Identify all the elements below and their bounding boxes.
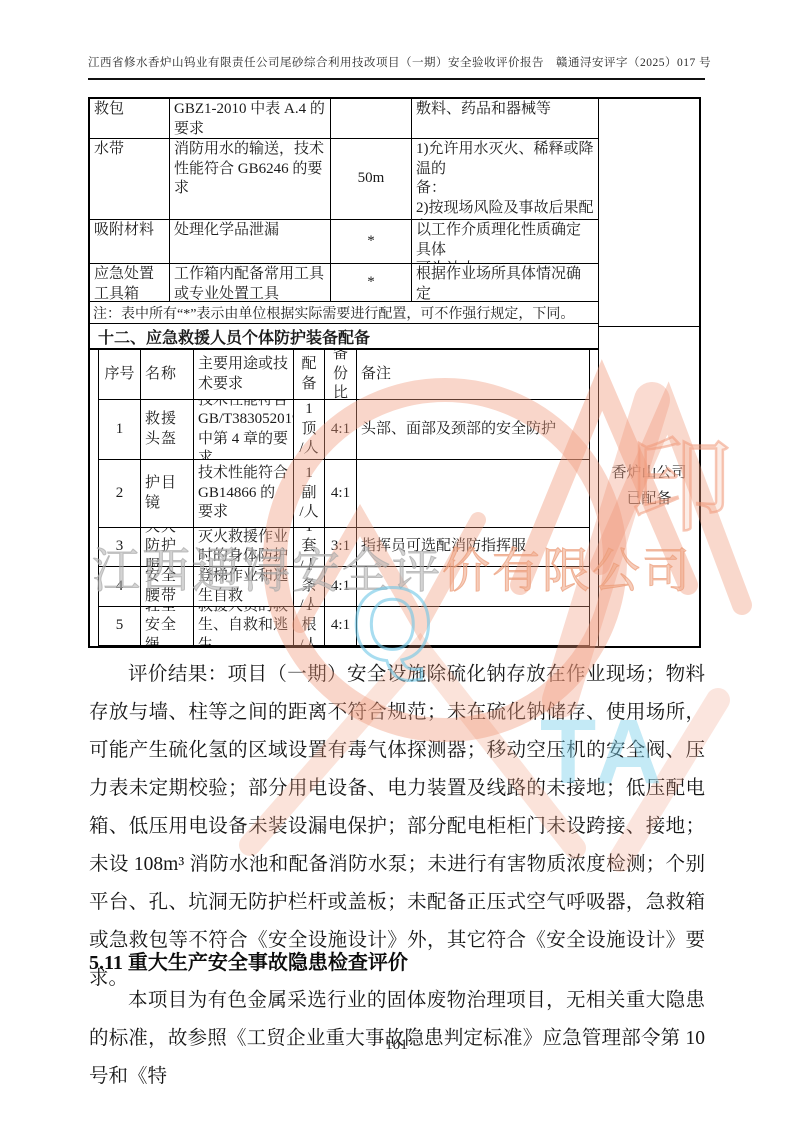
table-left-part: 救包GBZ1-2010 中表 A.4 的要求敷料、药品和器械等水带消防用水的输送… xyxy=(90,99,598,646)
ppe-table-cell: 1条 /人 xyxy=(294,567,325,607)
right-column-empty-cell xyxy=(599,99,699,327)
ppe-table-cell: 护目镜 xyxy=(141,460,194,528)
equipment-table-cell: 水带 xyxy=(90,139,170,220)
table-note: 注：表中所有“*”表示由单位根据实际需要进行配置，可不作强行规定，下同。 xyxy=(90,302,598,324)
header-divider xyxy=(88,78,705,80)
ppe-table-cell: 1副 /人 xyxy=(294,460,325,528)
ppe-table-cell xyxy=(357,607,589,646)
equipment-table-cell: 救包 xyxy=(90,99,170,139)
ppe-table-cell: 3 xyxy=(99,528,141,567)
equipment-table-cell: 消防用水的输送，技术性能符合 GB6246 的要求 xyxy=(170,139,331,220)
equipment-table-cell: GBZ1-2010 中表 A.4 的要求 xyxy=(170,99,331,139)
ppe-table-cell: 5 xyxy=(99,607,141,646)
equipment-tables: 救包GBZ1-2010 中表 A.4 的要求敷料、药品和器械等水带消防用水的输送… xyxy=(88,97,701,648)
ppe-table-cell: 4:1 xyxy=(325,460,357,528)
ppe-table-cell: 4:1 xyxy=(325,607,357,646)
ppe-table-cell: 灭火救援作业时的身体防护 xyxy=(194,528,294,567)
ppe-table-cell: 4:1 xyxy=(325,400,357,460)
equipment-table-cell: 应急处置工具箱 xyxy=(90,264,170,302)
ppe-table-cell: 救援人员的救生、自救和逃生 xyxy=(194,607,294,646)
ppe-table-cell: 轻型安全绳 xyxy=(141,607,194,646)
ppe-table-cell: 1根 /人 xyxy=(294,607,325,646)
equipment-table-cell: 以工作介质理化性质确定具体 可为沙土 xyxy=(412,220,598,264)
ppe-table-header-cell: 备注 xyxy=(357,350,589,400)
ppe-table-header-cell: 配备 xyxy=(294,350,325,400)
ppe-table-cell: 4 xyxy=(99,567,141,607)
ppe-table-cell: 安全腰带 xyxy=(141,567,194,607)
ppe-table-cell xyxy=(357,460,589,528)
ppe-table-cell: 2 xyxy=(99,460,141,528)
section-5-11-heading: 5.11 重大生产安全事故隐患检查评价 xyxy=(89,946,705,975)
equipment-table: 救包GBZ1-2010 中表 A.4 的要求敷料、药品和器械等水带消防用水的输送… xyxy=(90,99,598,302)
equipment-table-cell: 吸附材料 xyxy=(90,220,170,264)
ppe-table-cell xyxy=(357,567,589,607)
ppe-table-cell: 3:1 xyxy=(325,528,357,567)
ppe-table-cell: 救援头盔 xyxy=(141,400,194,460)
ppe-table-cell: 指挥员可选配消防指挥服 xyxy=(357,528,589,567)
section12-title: 十二、应急救援人员个体防护装备配备 xyxy=(90,324,598,350)
ppe-table-header-cell: 序号 xyxy=(99,350,141,400)
equipment-table-cell: * xyxy=(331,264,412,302)
equipment-table-cell: 1)允许用水灭火、稀释或降温的 备： 2)按现场风险及事故后果配备 50 m xyxy=(412,139,598,220)
equipment-table-cell: 处理化学品泄漏 xyxy=(170,220,331,264)
ppe-table: 序号名称主要用途或技术要求配备备份比备注1救援头盔技术性能符合 GB/T3830… xyxy=(98,350,590,646)
equipment-table-cell: * xyxy=(331,220,412,264)
ppe-table-cell: 登梯作业和逃生自救 xyxy=(194,567,294,607)
document-header: 江西省修水香炉山钨业有限责任公司尾砂综合利用技改项目（一期）安全验收评价报告 赣… xyxy=(88,54,705,70)
equipment-table-cell xyxy=(331,99,412,139)
ppe-table-header-cell: 主要用途或技术要求 xyxy=(194,350,294,400)
equipment-table-cell: 工作箱内配备常用工具或专业处置工具 xyxy=(170,264,331,302)
ppe-table-cell: 技术性能符合 GB14866 的要求 xyxy=(194,460,294,528)
ppe-table-cell: 1 xyxy=(99,400,141,460)
equipment-table-cell: 根据作业场所具体情况确定 xyxy=(412,264,598,302)
equipment-table-cell: 敷料、药品和器械等 xyxy=(412,99,598,139)
ppe-table-cell: 头部、面部及颈部的安全防护 xyxy=(357,400,589,460)
ppe-table-cell: 4:1 xyxy=(325,567,357,607)
right-column-note: 香炉山公司已配备 xyxy=(599,327,699,646)
ppe-table-header-cell: 名称 xyxy=(141,350,194,400)
ppe-table-header-cell: 备份比 xyxy=(325,350,357,400)
ppe-table-wrap: 序号名称主要用途或技术要求配备备份比备注1救援头盔技术性能符合 GB/T3830… xyxy=(90,350,598,646)
ppe-table-cell: 1顶 /人 xyxy=(294,400,325,460)
ppe-table-cell: 1套 /人 xyxy=(294,528,325,567)
table-right-column: 香炉山公司已配备 xyxy=(598,99,699,646)
ppe-table-cell: 技术性能符合 GB/T383052019 中第 4 章的要求 xyxy=(194,400,294,460)
page-number: 101 xyxy=(0,1037,793,1054)
equipment-table-cell: 50m xyxy=(331,139,412,220)
ppe-table-cell: 灭火防护服 xyxy=(141,528,194,567)
